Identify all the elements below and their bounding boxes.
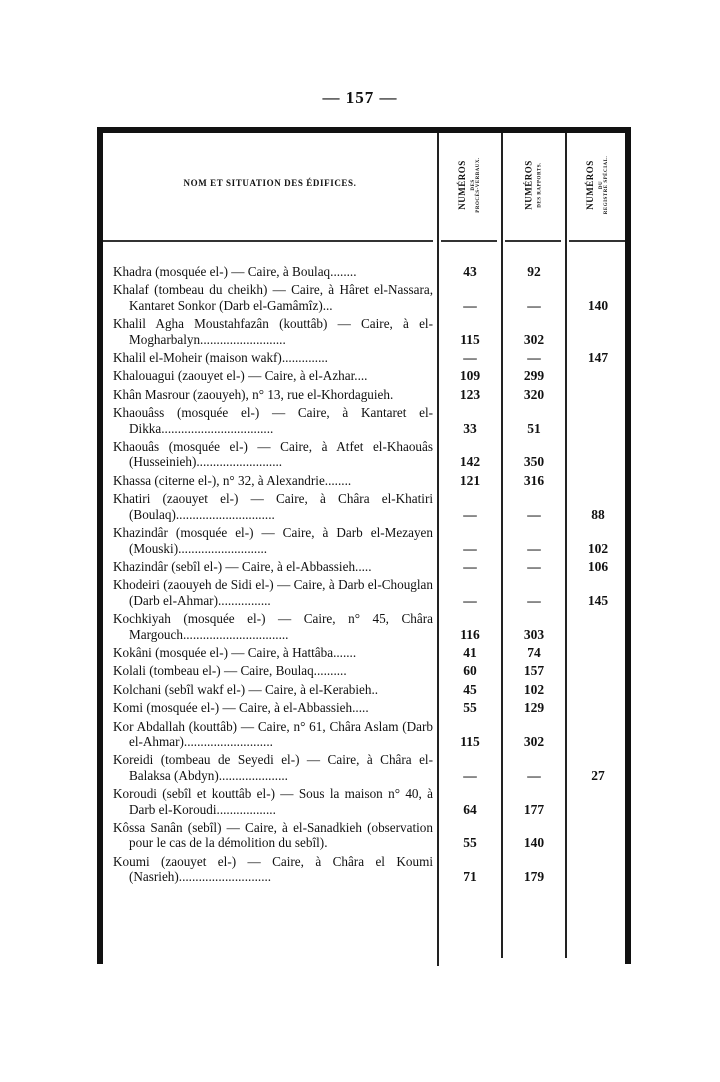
edifice-name: Khaouâss (mosquée el-) — Caire, à Kantar… [113,405,433,436]
header-rapports: NUMÉROS DES RAPPORTS. [502,135,564,235]
proces-verbaux-number: 121 [439,473,501,488]
rapports-number: 92 [503,264,565,279]
table-row: Kolchani (sebîl wakf el-) — Caire, à el-… [113,682,433,697]
proces-verbaux-number: — [439,593,501,608]
table-row: Khân Masrour (zaouyeh), n° 13, rue el-Kh… [113,387,433,402]
rapports-number: 350 [503,454,565,469]
table-row: Khatiri (zaouyet el-) — Caire, à Châra e… [113,491,433,522]
registre-number: 102 [567,541,629,556]
header-line: REGISTRE SPÉCIAL. [604,156,609,215]
edifice-name: Kor Abdallah (kouttâb) — Caire, n° 61, C… [113,719,433,750]
proces-verbaux-number: 142 [439,454,501,469]
edifice-name: Kôssa Sanân (sebîl) — Caire, à el-Sanadk… [113,820,433,851]
proces-verbaux-number: 64 [439,802,501,817]
edifice-name: Khazindâr (mosquée el-) — Caire, à Darb … [113,525,433,556]
proces-verbaux-number: 115 [439,734,501,749]
table-row: Khaouâs (mosquée el-) — Caire, à Atfet e… [113,439,433,470]
proces-verbaux-number: — [439,541,501,556]
header-line: NUMÉROS [457,157,467,212]
proces-verbaux-number: 41 [439,645,501,660]
header-line: NUMÉROS [585,156,595,215]
rapports-number: — [503,298,565,313]
registre-number: 140 [567,298,629,313]
proces-verbaux-number: 71 [439,869,501,884]
edifice-name: Khodeiri (zaouyeh de Sidi el-) — Caire, … [113,577,433,608]
edifice-name: Khalaf (tombeau du cheikh) — Caire, à Hâ… [113,282,433,313]
header-proces-verbaux: NUMÉROS DES PROCÈS-VERBAUX. [438,135,500,235]
header-rule [103,240,433,242]
table-row: Khodeiri (zaouyeh de Sidi el-) — Caire, … [113,577,433,608]
proces-verbaux-number: 43 [439,264,501,279]
edifice-name: Kolali (tombeau el-) — Caire, Boulaq....… [113,663,433,678]
rapports-number: 320 [503,387,565,402]
header-line: DES RAPPORTS. [538,160,543,210]
proces-verbaux-number: 109 [439,368,501,383]
table-row: Koreidi (tombeau de Seyedi el-) — Caire,… [113,752,433,783]
rapports-number: 140 [503,835,565,850]
edifice-name: Koroudi (sebîl et kouttâb el-) — Sous la… [113,786,433,817]
table-row: Khalil Agha Moustahfazân (kouttâb) — Cai… [113,316,433,347]
edifice-name: Koumi (zaouyet el-) — Caire, à Châra el … [113,854,433,885]
rapports-number: — [503,350,565,365]
header-line: PROCÈS-VERBAUX. [476,157,481,212]
proces-verbaux-number: — [439,298,501,313]
edifice-name: Khalil Agha Moustahfazân (kouttâb) — Cai… [113,316,433,347]
table-row: Kokâni (mosquée el-) — Caire, à Hattâba.… [113,645,433,660]
rapports-number: 129 [503,700,565,715]
rapports-number: 177 [503,802,565,817]
registre-number: 147 [567,350,629,365]
proces-verbaux-number: — [439,507,501,522]
table-row: Khalouagui (zaouyet el-) — Caire, à el-A… [113,368,433,383]
proces-verbaux-number: 123 [439,387,501,402]
proces-verbaux-number: 116 [439,627,501,642]
table-row: Khalil el-Moheir (maison wakf)..........… [113,350,433,365]
header-rule [569,240,625,242]
edifice-name: Khadra (mosquée el-) — Caire, à Boulaq..… [113,264,433,279]
header-line: NUMÉROS [524,160,534,210]
edifice-name: Khân Masrour (zaouyeh), n° 13, rue el-Kh… [113,387,433,402]
table-row: Koumi (zaouyet el-) — Caire, à Châra el … [113,854,433,885]
proces-verbaux-number: 33 [439,421,501,436]
rapports-number: — [503,559,565,574]
rapports-number: 102 [503,682,565,697]
table-row: Khaouâss (mosquée el-) — Caire, à Kantar… [113,405,433,436]
rapports-number: 51 [503,421,565,436]
edifice-name: Koreidi (tombeau de Seyedi el-) — Caire,… [113,752,433,783]
edifice-name: Khalil el-Moheir (maison wakf)..........… [113,350,433,365]
edifice-name: Khassa (citerne el-), n° 32, à Alexandri… [113,473,433,488]
table-row: Khazindâr (sebîl el-) — Caire, à el-Abba… [113,559,433,574]
proces-verbaux-number: — [439,559,501,574]
header-rule [441,240,497,242]
table-row: Koroudi (sebîl et kouttâb el-) — Sous la… [113,786,433,817]
header-name: NOM ET SITUATION DES ÉDIFICES. [103,178,437,188]
table-row: Kochkiyah (mosquée el-) — Caire, n° 45, … [113,611,433,642]
rapports-number: 179 [503,869,565,884]
rapports-number: 74 [503,645,565,660]
rapports-number: — [503,507,565,522]
table-body: Khadra (mosquée el-) — Caire, à Boulaq..… [113,264,433,888]
edifice-name: Khatiri (zaouyet el-) — Caire, à Châra e… [113,491,433,522]
edifice-name: Khazindâr (sebîl el-) — Caire, à el-Abba… [113,559,433,574]
table-row: Komi (mosquée el-) — Caire, à el-Abbassi… [113,700,433,715]
proces-verbaux-number: — [439,350,501,365]
proces-verbaux-number: 45 [439,682,501,697]
header-rule [505,240,561,242]
proces-verbaux-number: 55 [439,700,501,715]
page-number: — 157 — [0,88,720,108]
rapports-number: 299 [503,368,565,383]
edifice-name: Kokâni (mosquée el-) — Caire, à Hattâba.… [113,645,433,660]
rapports-number: 316 [503,473,565,488]
edifice-name: Komi (mosquée el-) — Caire, à el-Abbassi… [113,700,433,715]
edifice-name: Kochkiyah (mosquée el-) — Caire, n° 45, … [113,611,433,642]
table-row: Kolali (tombeau el-) — Caire, Boulaq....… [113,663,433,678]
rapports-number: — [503,768,565,783]
table-row: Khadra (mosquée el-) — Caire, à Boulaq..… [113,264,433,279]
header-registre-special: NUMÉROS DU REGISTRE SPÉCIAL. [566,135,628,235]
rapports-number: — [503,541,565,556]
registre-number: 145 [567,593,629,608]
table-row: Khassa (citerne el-), n° 32, à Alexandri… [113,473,433,488]
proces-verbaux-number: 60 [439,663,501,678]
proces-verbaux-number: — [439,768,501,783]
table-row: Khalaf (tombeau du cheikh) — Caire, à Hâ… [113,282,433,313]
edifice-name: Khalouagui (zaouyet el-) — Caire, à el-A… [113,368,433,383]
table-row: Kor Abdallah (kouttâb) — Caire, n° 61, C… [113,719,433,750]
rapports-number: 302 [503,332,565,347]
registre-number: 27 [567,768,629,783]
edifice-name: Khaouâs (mosquée el-) — Caire, à Atfet e… [113,439,433,470]
proces-verbaux-number: 55 [439,835,501,850]
rapports-number: 157 [503,663,565,678]
rapports-number: — [503,593,565,608]
table-row: Khazindâr (mosquée el-) — Caire, à Darb … [113,525,433,556]
rapports-number: 303 [503,627,565,642]
edifice-name: Kolchani (sebîl wakf el-) — Caire, à el-… [113,682,433,697]
proces-verbaux-number: 115 [439,332,501,347]
rapports-number: 302 [503,734,565,749]
table-row: Kôssa Sanân (sebîl) — Caire, à el-Sanadk… [113,820,433,851]
registre-number: 88 [567,507,629,522]
registre-number: 106 [567,559,629,574]
